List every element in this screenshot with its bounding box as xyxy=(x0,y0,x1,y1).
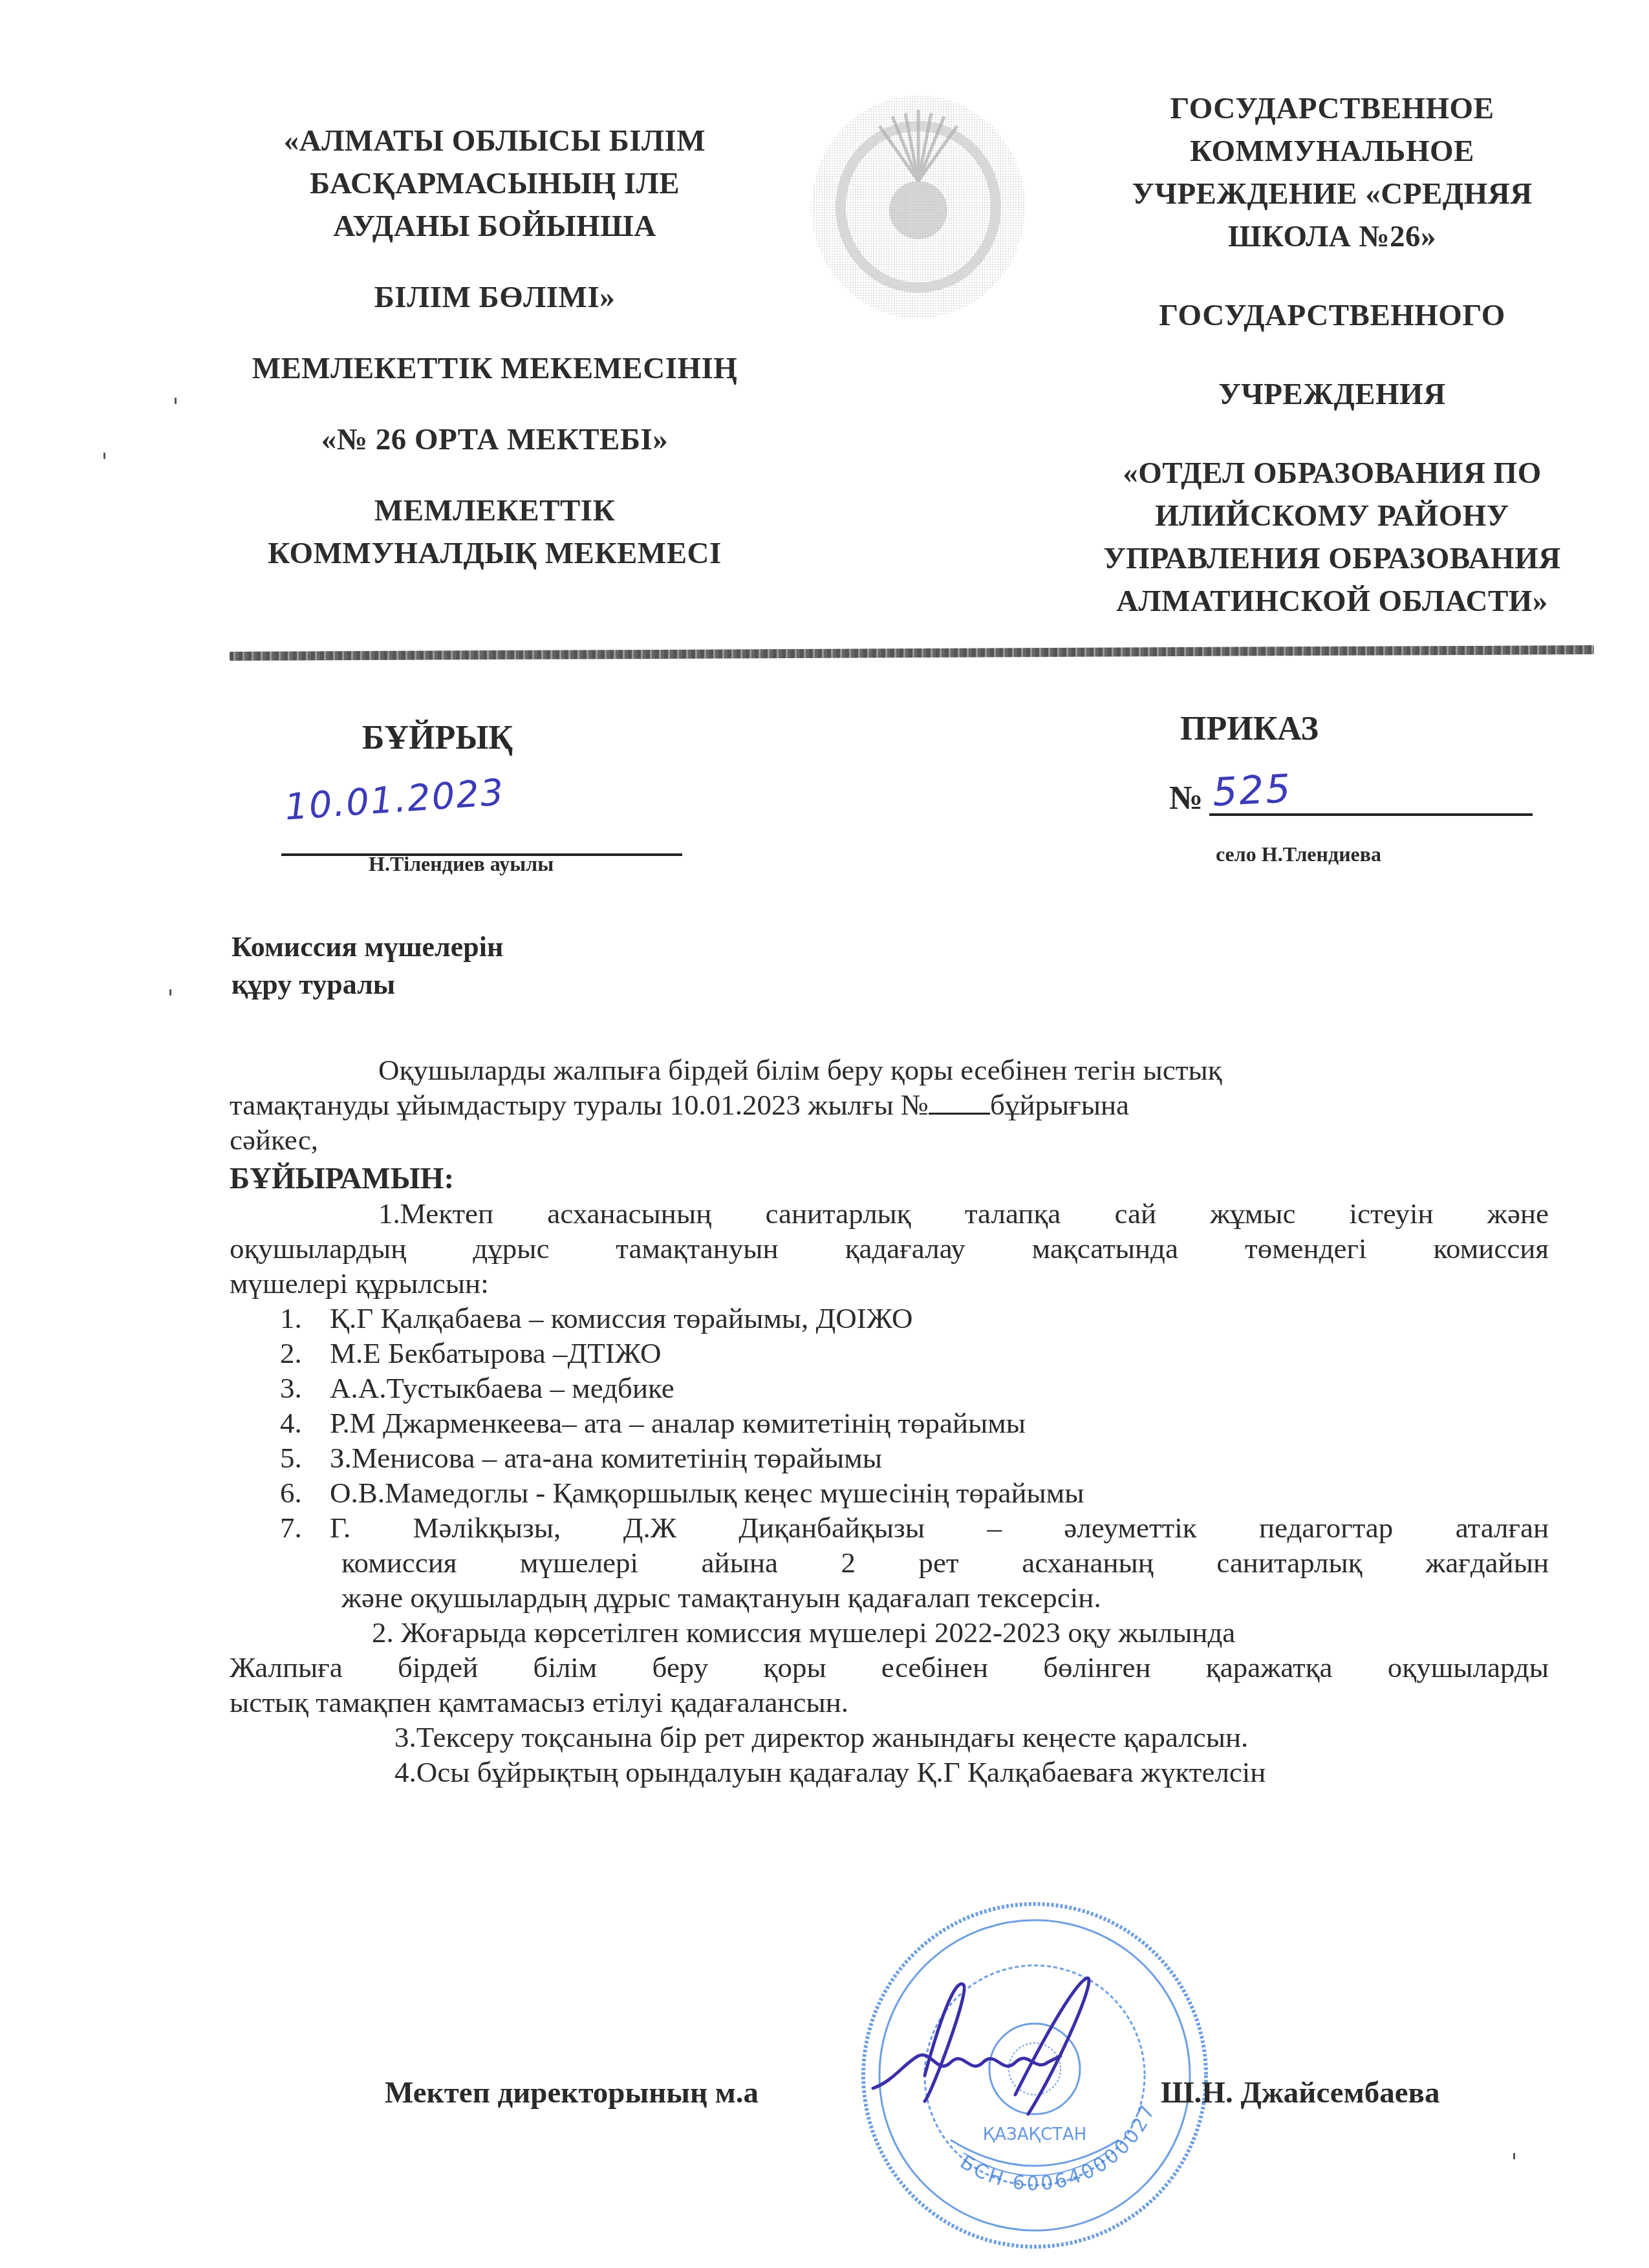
point2-line: ыстық тамақпен қамтамасыз етілуі қадағал… xyxy=(230,1685,1549,1720)
header-kz-block: «АЛМАТЫ ОБЛЫСЫ БІЛІМ БАСҚАРМАСЫНЫҢ ІЛЕ А… xyxy=(213,120,776,575)
header-kz-line: «№ 26 ОРТА МЕКТЕБІ» xyxy=(213,418,776,461)
scan-speck xyxy=(103,453,105,459)
preamble-line: сәйкес, xyxy=(230,1122,1549,1157)
header-divider xyxy=(230,645,1594,661)
point1-line: мүшелері құрылсын: xyxy=(230,1266,1549,1301)
member-item: 4.Р.М Джарменкеева– ата – аналар көмитет… xyxy=(230,1406,1549,1440)
header-kz-line: МЕМЛЕКЕТТІК xyxy=(213,489,776,532)
order-title-kz: БҰЙРЫҚ xyxy=(362,719,513,757)
order-title-ru: ПРИКАЗ xyxy=(1180,710,1319,748)
header-kz-line: «АЛМАТЫ ОБЛЫСЫ БІЛІМ xyxy=(213,120,776,162)
state-emblem-icon xyxy=(808,91,1028,323)
member-item: 3.А.А.Тустыкбаева – медбике xyxy=(230,1371,1549,1406)
point2-line: 2. Жоғарыда көрсетілген комиссия мүшелер… xyxy=(230,1615,1549,1650)
blank-number-field xyxy=(929,1113,990,1115)
header-ru-block: ГОСУДАРСТВЕННОЕ КОММУНАЛЬНОЕ УЧРЕЖДЕНИЕ … xyxy=(1048,87,1617,623)
order-body: Оқушыларды жалпыға бірдей білім беру қор… xyxy=(230,1053,1549,1790)
header-ru-line: ГОСУДАРСТВЕННОГО xyxy=(1048,294,1617,337)
member-item: 1.Қ.Г Қалқабаева – комиссия төрайымы, ДО… xyxy=(230,1301,1549,1336)
preamble-text: бұйрығына xyxy=(990,1089,1129,1121)
order-number-label: № xyxy=(1169,779,1203,817)
members-list: 1.Қ.Г Қалқабаева – комиссия төрайымы, ДО… xyxy=(230,1301,1549,1615)
order-subject: Комиссия мүшелерін құру туралы xyxy=(232,928,503,1003)
header-ru-line: АЛМАТИНСКОЙ ОБЛАСТИ» xyxy=(1048,580,1617,623)
member-item: 6.О.В.Мамедоглы - Қамқоршылық кеңес мүше… xyxy=(230,1475,1549,1510)
order-number-handwritten: 525 xyxy=(1211,766,1293,815)
ordered-heading: БҰЙЫРАМЫН: xyxy=(230,1161,1549,1196)
header-kz-line: КОММУНАЛДЫҚ МЕКЕМЕСІ xyxy=(213,532,776,575)
signoff-name: Ш.Н. Джайсембаева xyxy=(1161,2075,1439,2110)
header-kz-line: МЕМЛЕКЕТТІК МЕКЕМЕСІНІҢ xyxy=(213,347,776,390)
header-ru-line: КОММУНАЛЬНОЕ xyxy=(1048,130,1617,173)
header-ru-line: ГОСУДАРСТВЕННОЕ xyxy=(1048,87,1617,130)
point2-line: Жалпыға бірдей білім беру қоры есебінен … xyxy=(230,1650,1549,1685)
preamble-line: тамақтануды ұйымдастыру туралы 10.01.202… xyxy=(230,1087,1549,1122)
point4-line: 4.Осы бұйрықтың орындалуын қадағалау Қ.Г… xyxy=(230,1755,1549,1790)
place-kz: Н.Тілендиев ауылы xyxy=(369,852,554,876)
signoff-position: Мектеп директорының м.а xyxy=(385,2075,759,2110)
header-ru-line: УПРАВЛЕНИЯ ОБРАЗОВАНИЯ xyxy=(1048,537,1617,580)
place-ru: село Н.Тлендиева xyxy=(1216,842,1381,866)
svg-text:ҚАЗАҚСТАН: ҚАЗАҚСТАН xyxy=(983,2125,1087,2145)
point3-line: 3.Тексеру тоқсанына бір рет директор жан… xyxy=(230,1720,1549,1755)
header-ru-line: УЧРЕЖДЕНИЕ «СРЕДНЯЯ xyxy=(1048,173,1617,215)
member-item: 7. Г. Мәліkқызы, Д.Ж Диқанбайқызы – әлеу… xyxy=(230,1510,1549,1615)
scan-speck xyxy=(169,989,171,996)
scan-speck xyxy=(175,398,177,404)
subject-line: құру туралы xyxy=(232,966,503,1003)
scan-speck xyxy=(1513,2153,1515,2159)
point1-line: 1.Мектеп асханасының санитарлық талапқа … xyxy=(230,1196,1549,1231)
member-item: 2.М.Е Бекбатырова –ДТІЖО xyxy=(230,1336,1549,1371)
header-kz-line: БІЛІМ БӨЛІМІ» xyxy=(213,276,776,319)
subject-line: Комиссия мүшелерін xyxy=(232,928,503,966)
header-ru-line: ШКОЛА №26» xyxy=(1048,215,1617,258)
point1-line: оқушылардың дұрыс тамақтануын қадағалау … xyxy=(230,1231,1549,1266)
header-kz-line: АУДАНЫ БОЙЫНША xyxy=(213,205,776,248)
preamble-line: Оқушыларды жалпыға бірдей білім беру қор… xyxy=(230,1053,1549,1087)
header-kz-line: БАСҚАРМАСЫНЫҢ ІЛЕ xyxy=(213,162,776,205)
header-ru-line: «ОТДЕЛ ОБРАЗОВАНИЯ ПО xyxy=(1048,452,1617,495)
preamble-text: тамақтануды ұйымдастыру туралы 10.01.202… xyxy=(230,1089,929,1121)
signature xyxy=(867,1965,1112,2121)
member-item: 5.З.Менисова – ата-ана комитетінің төрай… xyxy=(230,1440,1549,1475)
header-ru-line: УЧРЕЖДЕНИЯ xyxy=(1048,373,1617,416)
header-ru-line: ИЛИЙСКОМУ РАЙОНУ xyxy=(1048,495,1617,537)
